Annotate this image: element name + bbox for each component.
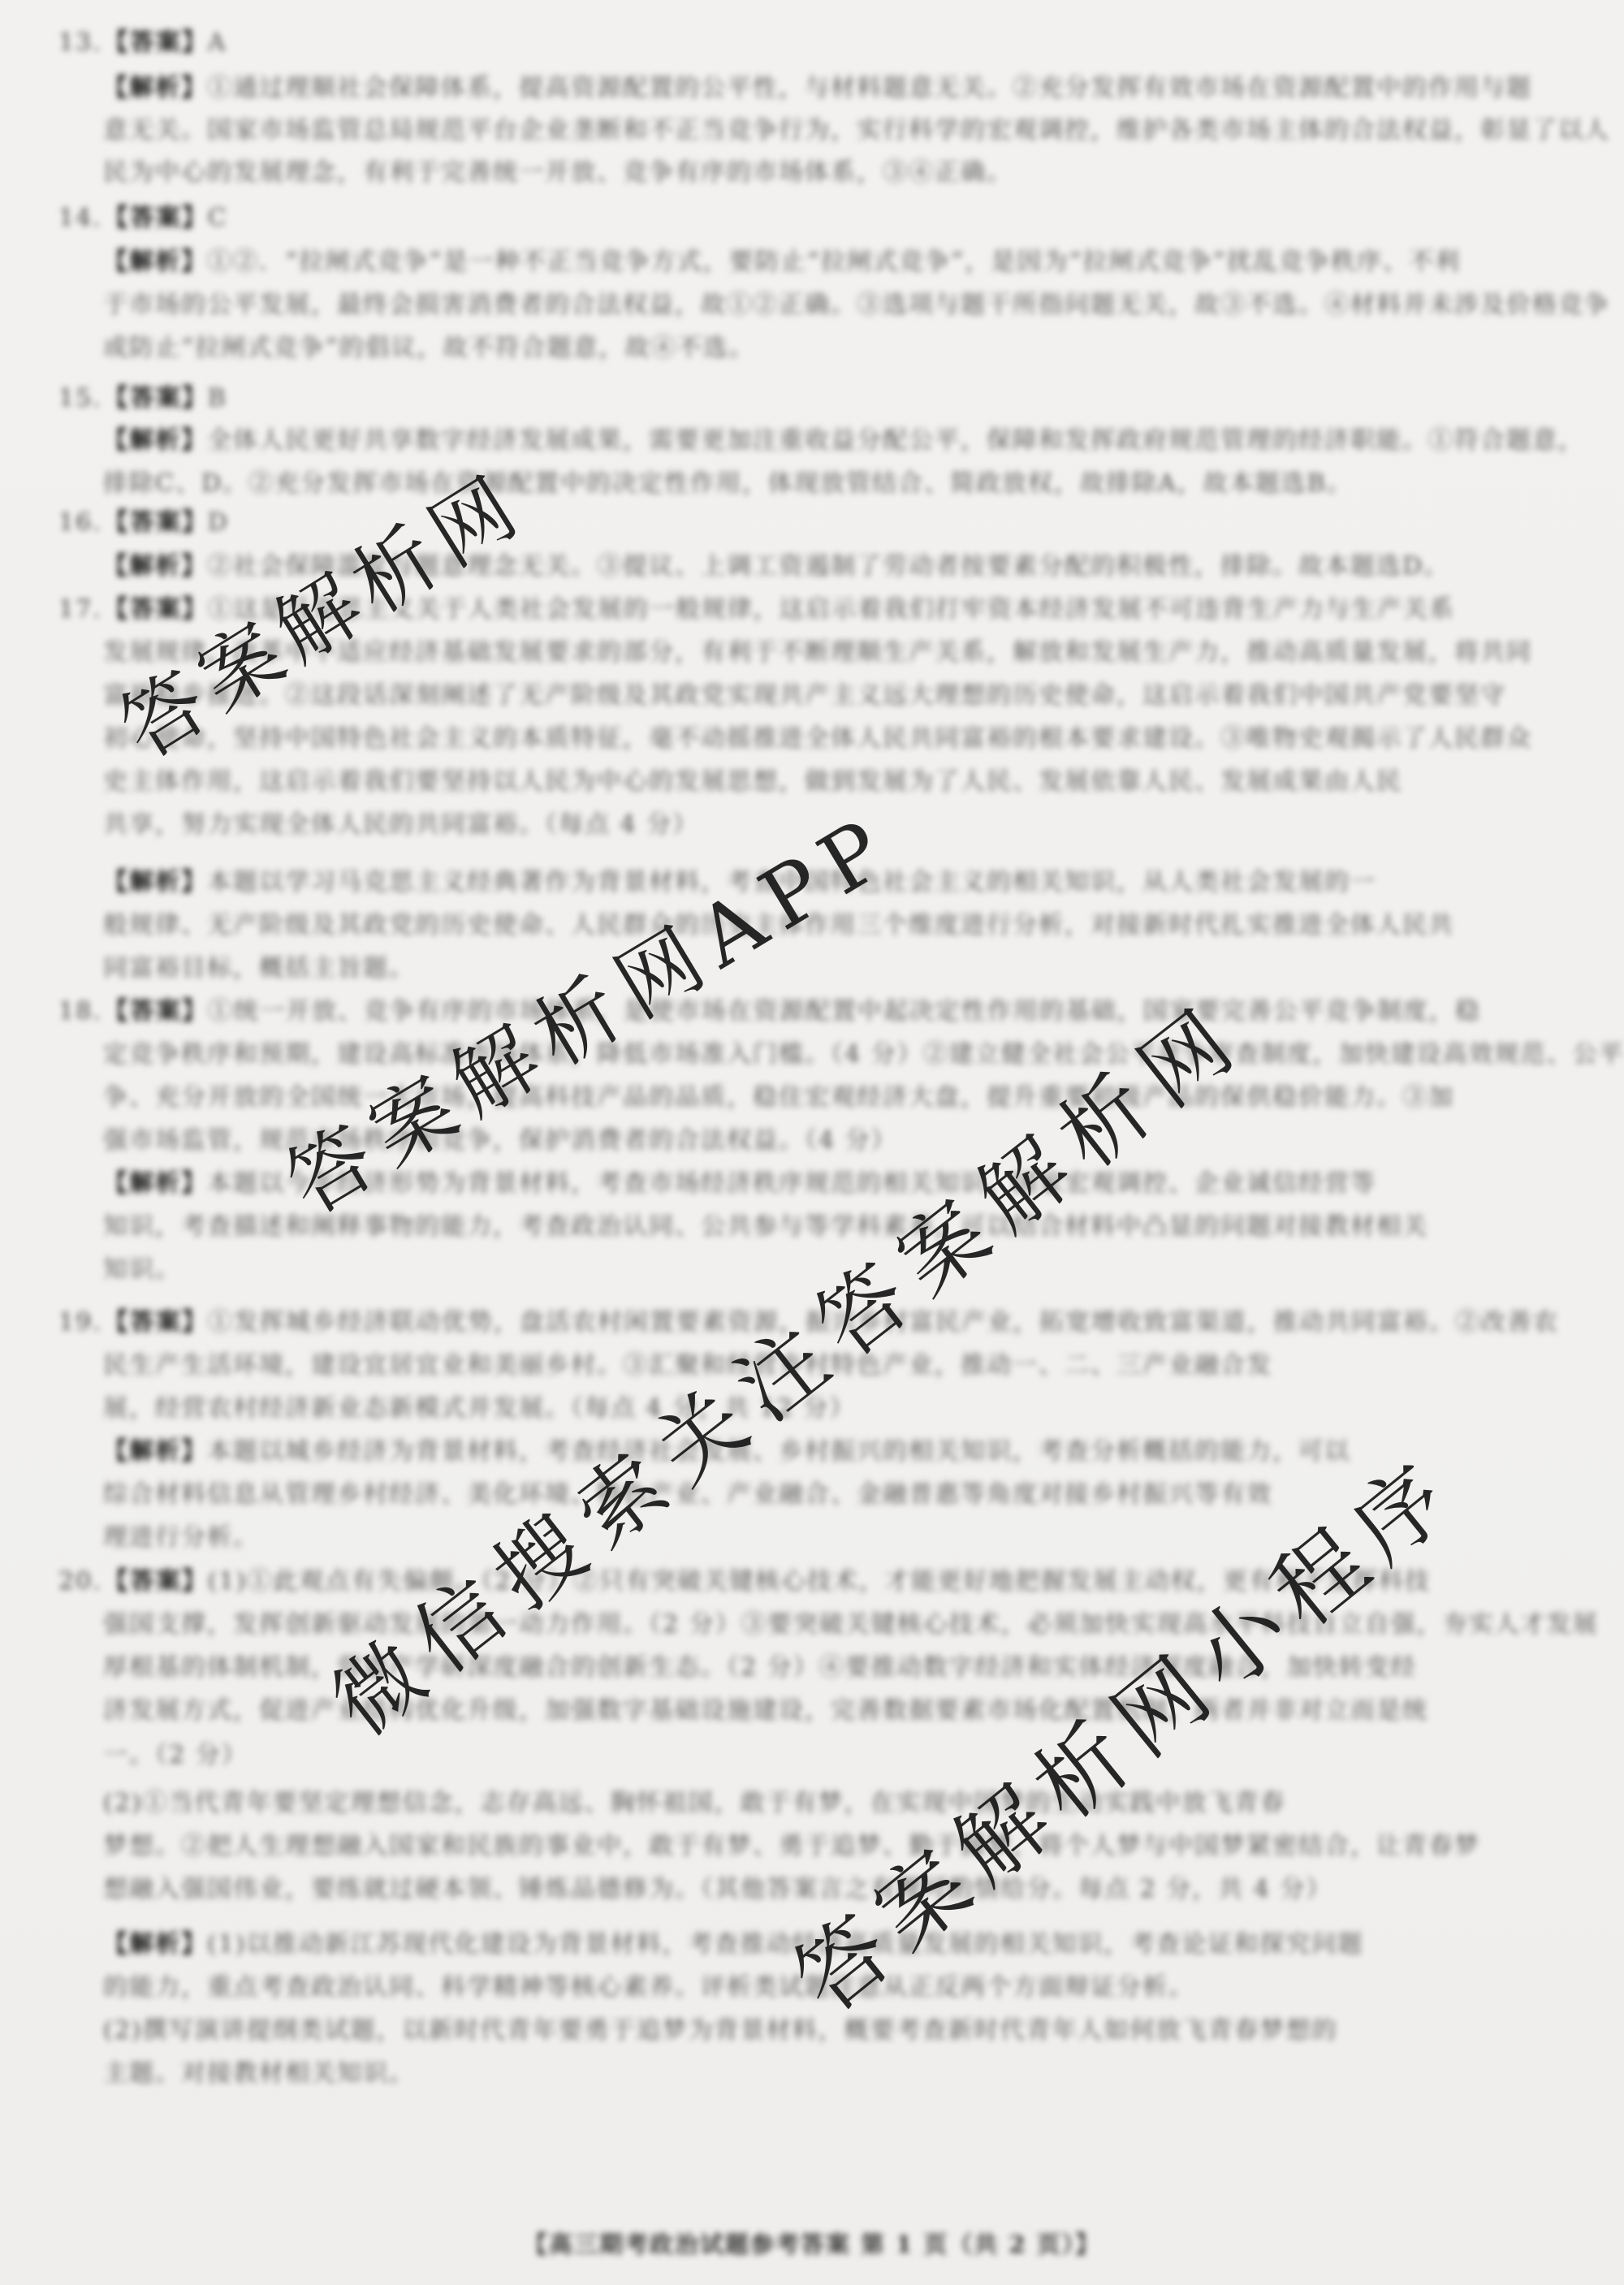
answer-text: 一。（2 分） xyxy=(103,1741,248,1769)
answer-text: C xyxy=(208,204,228,232)
text-line: 知识。 xyxy=(103,1248,181,1291)
text-line: 或防止“拉闸式竞争”的倡议，故不符合题意，故④不选。 xyxy=(103,326,755,369)
answer-text: 定竞争秩序和预期，建设高标准市场体系，降低市场准入门槛。（4 分）②建立健全社会… xyxy=(103,1040,1624,1069)
answer-text: 想融入强国伟业，要练就过硬本领、锤炼品德修为。（其他答案言之有理可酌情给分。每点… xyxy=(103,1875,1332,1903)
page-footer: 【高三期考政治试题参考答案 第 1 页（共 2 页）】 xyxy=(0,2227,1624,2260)
answer-text: 或防止“拉闸式竞争”的倡议，故不符合题意，故④不选。 xyxy=(103,334,755,362)
section-marker: 【解析】 xyxy=(103,1930,207,1959)
answer-text: 同富裕目标，概括主旨题。 xyxy=(103,954,415,983)
answer-text: 知识。 xyxy=(103,1255,181,1284)
answer-text: 史主体作用，这启示着我们要坚持以人民为中心的发展思想，做到发展为了人民、发展依靠… xyxy=(103,767,1402,796)
text-line: 想融入强国伟业，要练就过硬本领、锤炼品德修为。（其他答案言之有理可酌情给分。每点… xyxy=(103,1868,1332,1911)
text-line: 民为中心的发展理念，有利于完善统一开放、竞争有序的市场体系，③④正确。 xyxy=(103,151,1013,194)
question-number: 13. xyxy=(58,28,104,57)
question-number: 14. xyxy=(58,204,104,232)
section-marker: 【解析】 xyxy=(103,248,207,276)
answer-text: 理进行分析。 xyxy=(103,1523,259,1552)
text-line: 史主体作用，这启示着我们要坚持以人民为中心的发展思想，做到发展为了人民、发展依靠… xyxy=(103,760,1402,803)
section-marker: 【解析】 xyxy=(103,426,207,455)
answer-text: 全体人民更好共享数字经济发展成果，需要更加注重收益分配公平，保障和发挥政府规范管… xyxy=(207,426,1584,455)
text-line: 一。（2 分） xyxy=(103,1734,248,1777)
answer-text: 强国支撑，发挥创新驱动发展的第一动力作用。（2 分）③要突破关键核心技术，必须加… xyxy=(103,1610,1599,1639)
answer-text: ①统一开放、竞争有序的市场体系，是使市场在资源配置中起决定性作用的基础，国家要完… xyxy=(208,997,1481,1026)
text-line: 理进行分析。 xyxy=(103,1516,259,1559)
section-marker: 【解析】 xyxy=(103,74,207,102)
text-line: 知识，考查描述和阐释事物的能力，考查政治认同、公共参与等学科素养，可以结合材料中… xyxy=(103,1205,1428,1248)
text-line: 【解析】①通过理顺社会保障体系，提高资源配置的公平性，与材料题意无关。②充分发挥… xyxy=(103,67,1532,110)
answer-text: B xyxy=(208,384,227,413)
answer-text: 民为中心的发展理念，有利于完善统一开放、竞争有序的市场体系，③④正确。 xyxy=(103,158,1013,187)
question-number: 16. xyxy=(58,508,104,537)
text-line: 强国支撑，发挥创新驱动发展的第一动力作用。（2 分）③要突破关键核心技术，必须加… xyxy=(103,1603,1599,1646)
question-number: 15. xyxy=(58,384,104,413)
section-marker: 【解析】 xyxy=(103,1437,207,1466)
text-line: 意无关。国家市场监管总局规范平台企业垄断和不正当竞争行为，实行科学的宏观调控，维… xyxy=(103,109,1610,152)
text-line: 定竞争秩序和预期，建设高标准市场体系，降低市场准入门槛。（4 分）②建立健全社会… xyxy=(103,1033,1624,1076)
question-number: 20. xyxy=(58,1567,104,1596)
footer-text: 【高三期考政治试题参考答案 第 1 页（共 2 页）】 xyxy=(524,2231,1100,2258)
section-marker: 【解析】 xyxy=(103,1169,207,1198)
section-marker: 【答案】 xyxy=(104,997,208,1026)
text-line: 梦想。②把人生理想融入国家和民族的事业中，敢于有梦、勇于追梦、勤于圆梦，将个人梦… xyxy=(103,1825,1480,1868)
section-marker: 【解析】 xyxy=(103,552,207,581)
answer-text: ①②．“拉闸式竞争”是一种不正当竞争方式，要防止“拉闸式竞争”，是因为“拉闸式竞… xyxy=(207,248,1461,276)
text-line: 同富裕目标，概括主旨题。 xyxy=(103,947,415,990)
answer-text: ①通过理顺社会保障体系，提高资源配置的公平性，与材料题意无关。②充分发挥有效市场… xyxy=(207,74,1532,102)
scanned-answer-page: 13.【答案】A【解析】①通过理顺社会保障体系，提高资源配置的公平性，与材料题意… xyxy=(0,0,1624,2285)
section-marker: 【答案】 xyxy=(104,28,208,57)
answer-text: 的能力，重点考查政治认同、科学精神等核心素养。评析类试题注意从正反两个方面辩证分… xyxy=(103,1973,1194,2002)
question-line: 13.【答案】A xyxy=(58,21,227,64)
text-line: 排除C、D。②充分发挥市场在资源配置中的决定性作用，体现放管结合、简政放权，故排… xyxy=(103,462,1353,505)
answer-text: 知识，考查描述和阐释事物的能力，考查政治认同、公共参与等学科素养，可以结合材料中… xyxy=(103,1212,1428,1241)
answer-text: (2)撰写演讲提纲类试题，以新时代青年要勇于追梦为背景材料，概要考查新时代青年人… xyxy=(103,2016,1338,2045)
answer-text: 排除C、D。②充分发挥市场在资源配置中的决定性作用，体现放管结合、简政放权，故排… xyxy=(103,469,1353,498)
text-line: 的能力，重点考查政治认同、科学精神等核心素养。评析类试题注意从正反两个方面辩证分… xyxy=(103,1966,1194,2009)
question-number: 17. xyxy=(58,595,104,624)
question-line: 14.【答案】C xyxy=(58,197,228,240)
answer-text: 富裕稳步推进。②这段话深刻阐述了无产阶级及其政党实现共产主义远大理想的历史使命，… xyxy=(103,681,1506,710)
section-marker: 【答案】 xyxy=(104,1308,208,1337)
answer-text: 争、充分开放的全国统一大市场，提高科技产品的品质，稳住宏观经济大盘，提升重要初级… xyxy=(103,1083,1454,1112)
text-line: 共享，努力实现全体人民的共同富裕。（每点 4 分） xyxy=(103,803,698,846)
text-line: 【解析】①②．“拉闸式竞争”是一种不正当竞争方式，要防止“拉闸式竞争”，是因为“… xyxy=(103,240,1461,283)
answer-text: A xyxy=(208,28,227,57)
answer-text: 于市场的公平发展，最终会损害消费者的合法权益，故①②正确。③选项与题干所指问题无… xyxy=(103,291,1610,319)
answer-text: 意无关。国家市场监管总局规范平台企业垄断和不正当竞争行为，实行科学的宏观调控，维… xyxy=(103,116,1610,145)
text-line: 于市场的公平发展，最终会损害消费者的合法权益，故①②正确。③选项与题干所指问题无… xyxy=(103,283,1610,326)
answer-text: D xyxy=(208,508,229,537)
section-marker: 【解析】 xyxy=(103,868,207,896)
section-marker: 【答案】 xyxy=(104,204,208,232)
question-number: 18. xyxy=(58,997,104,1026)
answer-text: 主题。对接教材相关知识。 xyxy=(103,2059,415,2088)
text-line: 主题。对接教材相关知识。 xyxy=(103,2052,415,2095)
text-line: 【解析】(1)以推动新江苏现代化建设为背景材料，考查推动经济高质量发展的相关知识… xyxy=(103,1923,1364,1966)
text-line: (2)撰写演讲提纲类试题，以新时代青年要勇于追梦为背景材料，概要考查新时代青年人… xyxy=(103,2009,1338,2052)
answer-text: 初心使命，坚持中国特色社会主义的本质特征，毫不动摇推进全体人民共同富裕的根本要求… xyxy=(103,724,1532,753)
section-marker: 【答案】 xyxy=(104,384,208,413)
answer-text: 共享，努力实现全体人民的共同富裕。（每点 4 分） xyxy=(103,810,698,839)
answer-text: 梦想。②把人生理想融入国家和民族的事业中，敢于有梦、勇于追梦、勤于圆梦，将个人梦… xyxy=(103,1832,1480,1860)
question-number: 19. xyxy=(58,1308,104,1337)
section-marker: 【答案】 xyxy=(104,1567,208,1596)
text-line: 初心使命，坚持中国特色社会主义的本质特征，毫不动摇推进全体人民共同富裕的根本要求… xyxy=(103,717,1532,760)
text-line: 【解析】全体人民更好共享数字经济发展成果，需要更加注重收益分配公平，保障和发挥政… xyxy=(103,419,1584,462)
question-line: 18.【答案】①统一开放、竞争有序的市场体系，是使市场在资源配置中起决定性作用的… xyxy=(58,990,1481,1033)
question-line: 15.【答案】B xyxy=(58,377,227,420)
question-line: 16.【答案】D xyxy=(58,501,229,544)
section-marker: 【答案】 xyxy=(104,508,208,537)
